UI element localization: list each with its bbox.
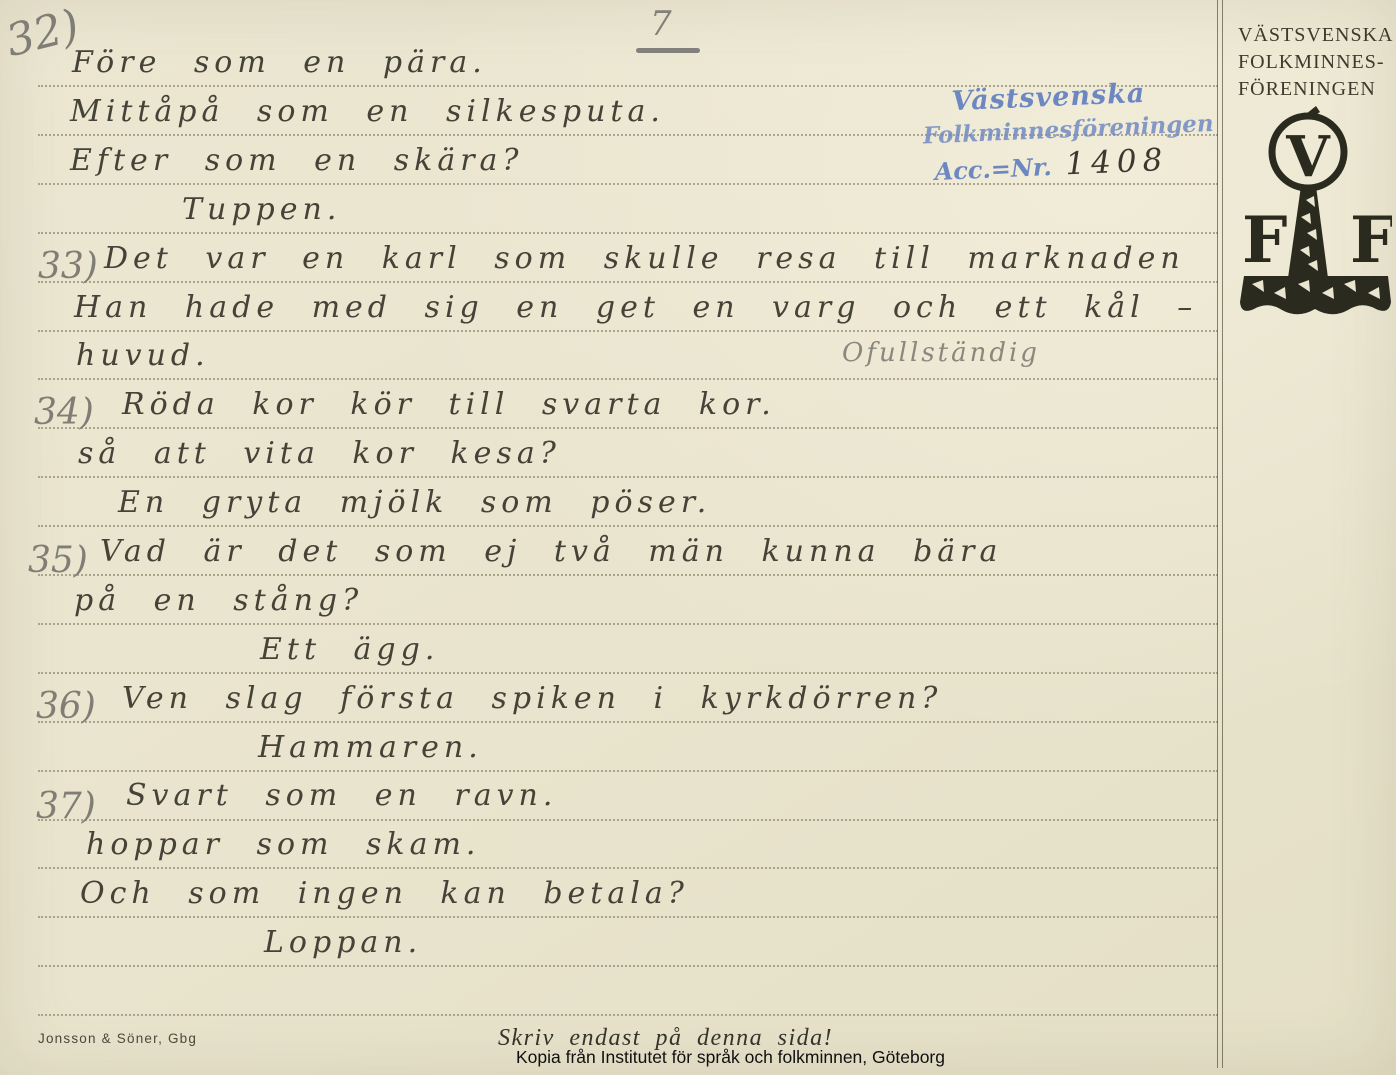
handwritten-answer: Hammaren.: [258, 730, 483, 766]
margin-rule-left: [1217, 0, 1218, 1068]
ruled-line: [38, 427, 1218, 429]
handwritten-answer: En gryta mjölk som pöser.: [118, 485, 711, 521]
pencil-annotation: Ofullständig: [842, 338, 1040, 368]
ruled-line: [38, 232, 1218, 234]
handwritten-line: huvud.: [76, 338, 210, 374]
ruled-line: [38, 721, 1218, 723]
ruled-line: [38, 574, 1218, 576]
entry-number-35: 35): [28, 540, 88, 581]
margin-rule-right: [1222, 0, 1223, 1068]
stamp-line-3: Acc.=Nr. 1408: [924, 141, 1179, 188]
stamp-acc-label: Acc.=Nr.: [934, 152, 1052, 186]
entry-number-36: 36): [36, 686, 96, 727]
letterhead-line-3: FÖRENINGEN: [1238, 76, 1393, 103]
ruled-line: [38, 476, 1218, 478]
handwritten-line: så att vita kor kesa?: [78, 436, 561, 472]
ruled-line: [38, 672, 1218, 674]
handwritten-line: Mittåpå som en silkesputa.: [70, 94, 665, 130]
ruled-line: [38, 330, 1218, 332]
ruled-line: [38, 819, 1218, 821]
accession-stamp: Västsvenska Folkminnesföreningen Acc.=Nr…: [921, 77, 1179, 189]
ruled-line: [38, 965, 1218, 967]
ruled-line: [38, 281, 1218, 283]
letterhead-line-1: VÄSTSVENSKA: [1238, 22, 1393, 49]
entry-number-37: 37): [36, 786, 96, 827]
handwritten-line: Han hade med sig en get en varg och ett …: [74, 290, 1197, 326]
ruled-line: [38, 1014, 1218, 1016]
printer-imprint: Jonsson & Söner, Gbg: [38, 1031, 197, 1046]
scanned-archive-page: 7 32) Västsvenska Folkminnesföreningen A…: [0, 0, 1396, 1075]
accession-number: 1408: [1065, 142, 1169, 182]
page-number-underline: [636, 48, 700, 53]
handwritten-line: Och som ingen kan betala?: [80, 876, 689, 912]
ruled-line: [38, 525, 1218, 527]
entry-number-33: 33): [38, 246, 98, 287]
handwritten-line: på en stång?: [74, 583, 363, 619]
handwritten-line: Efter som en skära?: [70, 143, 524, 179]
handwritten-line: Före som en pära.: [72, 45, 487, 81]
page-number: 7: [650, 4, 672, 44]
entry-number-34: 34): [34, 392, 94, 433]
ruled-line: [38, 770, 1218, 772]
ruled-line: [38, 378, 1218, 380]
logo-letter-v: V: [1285, 124, 1331, 190]
handwritten-line: Vad är det som ej två män kunna bära: [100, 534, 1002, 570]
handwritten-line: Röda kor kör till svarta kor.: [122, 387, 776, 423]
vff-logo: V F F: [1240, 104, 1392, 322]
archive-copy-watermark: Kopia från Institutet för språk och folk…: [516, 1047, 945, 1068]
ruled-line: [38, 916, 1218, 918]
letterhead-line-2: FOLKMINNES-: [1238, 49, 1393, 76]
handwritten-answer: Loppan.: [264, 925, 422, 961]
handwritten-line: Det var en karl som skulle resa till mar…: [104, 241, 1185, 277]
handwritten-line: hoppar som skam.: [86, 827, 480, 863]
handwritten-line: Ven slag första spiken i kyrkdörren?: [122, 681, 942, 717]
ruled-line: [38, 867, 1218, 869]
letterhead: VÄSTSVENSKA FOLKMINNES- FÖRENINGEN: [1238, 22, 1393, 103]
logo-letter-f-right: F: [1350, 203, 1392, 278]
ruled-line: [38, 623, 1218, 625]
handwritten-answer: Tuppen.: [182, 192, 341, 228]
logo-letter-f-left: F: [1242, 203, 1287, 278]
handwritten-answer: Ett ägg.: [260, 632, 439, 668]
handwritten-line: Svart som en ravn.: [126, 778, 557, 814]
